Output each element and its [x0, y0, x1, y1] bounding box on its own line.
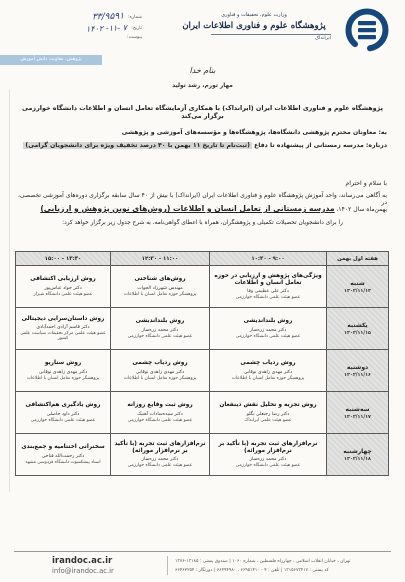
session-title: روش بلنداندیشی	[113, 318, 207, 325]
session-title: سخنرانی اختتامیه و جمع‌بندی	[18, 444, 108, 451]
session-title: نرم‌افزارهای ثبت تجربه (با تأکید بر نرم‌…	[113, 441, 207, 455]
schedule-row-saturday: شنبه ۱۴۰۲/۱۱/۱۴ ویژگی‌های پژوهش و ارزیاب…	[16, 266, 389, 308]
letterhead-org-block: وزارت علوم، تحقیقات و فناوری پژوهشگاه عل…	[169, 12, 339, 41]
session-role: عضو هیئت علمی دانشگاه خوارزمی	[212, 334, 324, 339]
session-role: عضو هیئت علمی دانشگاه خوارزمی	[113, 418, 207, 423]
session-title: روش ردیاب چشمی	[113, 360, 207, 367]
day-date: ۱۴۰۲/۱۱/۱۵	[329, 331, 386, 336]
irandoc-logo-icon	[345, 8, 389, 52]
session-role: پژوهشگر حوزه تعامل انسان با اطلاعات	[18, 376, 108, 381]
letter-stamp-block: شماره: ۳۳/۹۵۹۱ تاریخ: ۷ -۱۱- ۱۴۰۲ پیوست:	[22, 12, 142, 42]
to-line: به: معاونان محترم پژوهشی دانشگاه‌ها، پژو…	[18, 129, 387, 136]
session-role: استاد پیشکسوت دانشگاه فردوسی مشهد	[18, 460, 108, 465]
session-cell: روش بلنداندیشی دکتر محمد زره‌ساز عضو هیئ…	[111, 308, 210, 350]
session-title: نرم‌افزارهای ثبت تجربه (با تأکید بر نرم‌…	[212, 441, 324, 455]
body-line-2: بهمن‌ماه سال ۱۴۰۲، مدرسه زمستانی از تعام…	[18, 204, 387, 213]
day-date: ۱۴۰۲/۱۱/۱۴	[329, 289, 386, 294]
day-name: یکشنبه	[329, 322, 386, 329]
day-cell: سه‌شنبه ۱۴۰۲/۱۱/۱۷	[327, 392, 389, 434]
session-role: عضو هیئت علمی دانشگاه خوارزمی	[212, 463, 324, 468]
session-title: روش داستان‌سرایی دیجیتالی	[18, 316, 108, 323]
session-instructor: دکتر محمد زره‌ساز	[212, 457, 324, 462]
session-role: عضو هیئت علمی دانشگاه خوارزمی	[18, 418, 108, 423]
session-instructor: دکتر محمد زره‌ساز	[113, 328, 207, 333]
bismillah-line: بنام خدا	[0, 66, 405, 75]
session-cell: روش ثبت وقایع روزانه دکتر سیده‌سادات آهن…	[111, 392, 210, 434]
session-title: روش‌های شناختی	[113, 276, 207, 283]
timeslot-2-header: ۱۱:۰۰ - ۱۲:۳۰	[111, 252, 210, 266]
session-role: عضو هیئت علمی دانشگاه خوارزمی	[113, 463, 207, 468]
session-instructor: دکتر داود حاصلی	[18, 412, 108, 417]
session-role: عضو هیئت علمی مرکز تحقیقات سیاست علمی کش…	[18, 331, 108, 341]
day-name: شنبه	[329, 280, 386, 287]
footer-address-block: تهران ، خیابان انقلاب اسلامی ، چهارراه ف…	[175, 558, 387, 575]
schedule-row-monday: دوشنبه ۱۴۰۲/۱۱/۱۶ روش ردیاب چشمی دکتر مه…	[16, 350, 389, 392]
body-line-2-prefix: بهمن‌ماه سال ۱۴۰۲،	[335, 206, 387, 213]
session-cell: روش یادگیری هم‌اکتشافی دکتر داود حاصلی ع…	[16, 392, 111, 434]
session-role: عضو هیئت علمی دانشگاه شیراز	[18, 292, 108, 297]
about-prefix: درباره: مدرسه زمستانی از پیشنهاده تا دفا…	[252, 142, 387, 149]
session-role: عضو هیئت علمی دانشگاه خوارزمی	[113, 334, 207, 339]
day-name: دوشنبه	[329, 364, 386, 371]
brand-name: ایرانداک	[211, 34, 331, 41]
timeslot-3-header: ۱۳:۳۰ - ۱۵:۰۰	[16, 252, 111, 266]
year-slogan: مهار تورم، رشد تولید	[0, 83, 405, 89]
session-title: روش یادگیری هم‌اکتشافی	[18, 402, 108, 409]
session-role: پژوهشگر حوزه تعامل انسان با اطلاعات	[113, 376, 207, 381]
day-cell: یکشنبه ۱۴۰۲/۱۱/۱۵	[327, 308, 389, 350]
session-instructor: مهندس شهرزاد الجوات	[113, 286, 207, 291]
session-instructor: دکتر محمد زره‌ساز	[212, 328, 324, 333]
about-highlight: (ثبت‌نام تا تاریخ ۱۱ بهمن با ۴۰ درصد تخف…	[23, 142, 252, 149]
number-value: ۳۳/۹۵۹۱	[92, 11, 124, 22]
session-role: پژوهشگر حوزه تعامل انسان با اطلاعات	[113, 292, 207, 297]
schedule-row-sunday: یکشنبه ۱۴۰۲/۱۱/۱۵ روش بلنداندیشی دکتر مح…	[16, 308, 389, 350]
session-cell: روش ارزیابی اکتشافی دکتر جواد عباس‌پور ع…	[16, 266, 111, 308]
footer-address-line: تهران ، خیابان انقلاب اسلامی ، چهارراه ف…	[175, 558, 387, 567]
session-title: روش ارزیابی اکتشافی	[18, 276, 108, 283]
letter-date-row: تاریخ: ۷ -۱۱- ۱۴۰۲	[22, 24, 142, 33]
day-date: ۱۴۰۲/۱۱/۱۶	[329, 373, 386, 378]
session-cell: روش تجزیه و تحلیل نقش ذینفعان دکتر رضا ر…	[210, 392, 327, 434]
body-line-3: را برای دانشجویان تحصیلات تکمیلی و پژوهش…	[30, 220, 375, 226]
event-headline: پژوهشگاه علوم و فناوری اطلاعات ایران (ای…	[14, 104, 391, 120]
date-value: ۷ -۱۱- ۱۴۰۲	[86, 23, 127, 33]
session-cell: نرم‌افزارهای ثبت تجربه (با تأکید بر نرم‌…	[210, 434, 327, 476]
session-cell: روش ردیاب چشمی دکتر مهدی زاهدی نوقابی پژ…	[210, 350, 327, 392]
letter-number-row: شماره: ۳۳/۹۵۹۱	[22, 12, 142, 22]
institute-title: پژوهشگاه علوم و فناوری اطلاعات ایران	[169, 21, 339, 31]
email-link[interactable]: info@irandoc.ac.ir	[52, 567, 157, 575]
session-cell: روش داستان‌سرایی دیجیتالی دکتر قاسم آزاد…	[16, 308, 111, 350]
about-line: درباره: مدرسه زمستانی از پیشنهاده تا دفا…	[18, 142, 387, 149]
schedule-row-wednesday: چهارشنبه ۱۴۰۲/۱۱/۱۸ نرم‌افزارهای ثبت تجر…	[16, 434, 389, 476]
schedule-row-tuesday: سه‌شنبه ۱۴۰۲/۱۱/۱۷ روش تجزیه و تحلیل نقش…	[16, 392, 389, 434]
schedule-header-row: هفته اول بهمن ۹:۰۰ - ۱۰:۳۰ ۱۱:۰۰ - ۱۲:۳۰…	[16, 252, 389, 266]
day-cell: چهارشنبه ۱۴۰۲/۱۱/۱۸	[327, 434, 389, 476]
attachment-label: پیوست:	[127, 35, 142, 40]
session-instructor: دکتر سیده‌سادات آهنیک	[113, 412, 207, 417]
week-header-cell: هفته اول بهمن	[327, 252, 389, 266]
salutation-line: با سلام و احترام	[345, 180, 387, 187]
session-instructor: دکتر جواد عباس‌پور	[18, 286, 108, 291]
session-instructor: دکتر قاسم آزادی احمدآبادی	[18, 325, 108, 330]
website-link[interactable]: irandoc.ac.ir	[52, 556, 157, 566]
timeslot-1-header: ۹:۰۰ - ۱۰:۳۰	[210, 252, 327, 266]
session-title: ویژگی‌های پژوهش و ارزیابی در حوزه تعامل …	[212, 273, 324, 287]
session-title: روش تجزیه و تحلیل نقش ذینفعان	[212, 402, 324, 409]
footer-web-block: irandoc.ac.ir info@irandoc.ac.ir	[52, 556, 168, 575]
session-title: روش ردیاب چشمی	[212, 360, 324, 367]
day-date: ۱۴۰۲/۱۱/۱۷	[329, 415, 386, 420]
session-instructor: دکتر علی عظیمی وفا	[212, 289, 324, 294]
session-instructor: دکتر مهدی زاهدی نوقابی	[113, 370, 207, 375]
session-instructor: دکتر محمد زره‌ساز	[113, 457, 207, 462]
scanned-letter-page: وزارت علوم، تحقیقات و فناوری پژوهشگاه عل…	[0, 0, 405, 582]
schedule-table: هفته اول بهمن ۹:۰۰ - ۱۰:۳۰ ۱۱:۰۰ - ۱۲:۳۰…	[15, 251, 389, 476]
session-cell: ویژگی‌های پژوهش و ارزیابی در حوزه تعامل …	[210, 266, 327, 308]
ministry-title: وزارت علوم، تحقیقات و فناوری	[169, 12, 339, 18]
day-cell: دوشنبه ۱۴۰۲/۱۱/۱۶	[327, 350, 389, 392]
session-title: روش ثبت وقایع روزانه	[113, 402, 207, 409]
session-title: روش بلنداندیشی	[212, 318, 324, 325]
footer-contact-line: کد پستی : ۱۳۱۵۶۷۳۴۱۷ | تلفن : ۴ - ۶۶۹۵۱۴…	[175, 567, 387, 576]
department-banner: پژوهش، معاونت دانش آموزش	[0, 55, 102, 65]
session-title: روش سناریو	[18, 360, 108, 367]
session-role: عضو هیئت علمی ایرانداک	[212, 418, 324, 423]
session-role: عضو هیئت علمی دانشگاه خوارزمی	[212, 295, 324, 300]
session-instructor: دکتر مهدی زاهدی نوقابی	[18, 370, 108, 375]
session-instructor: دکتر مهدی زاهدی نوقابی	[212, 370, 324, 375]
session-cell: سخنرانی اختتامیه و جمع‌بندی دکتر رحمت‌ال…	[16, 434, 111, 476]
school-title-emphasis: مدرسه زمستانی از تعامل انسان و اطلاعات (…	[40, 204, 334, 213]
day-name: سه‌شنبه	[329, 406, 386, 413]
date-label: تاریخ:	[131, 26, 142, 31]
day-cell: شنبه ۱۴۰۲/۱۱/۱۴	[327, 266, 389, 308]
session-instructor: دکتر رضا رجبعلی بگلو	[212, 412, 324, 417]
day-name: چهارشنبه	[329, 448, 386, 455]
session-instructor: دکتر رحمت‌الله فتاحی	[18, 454, 108, 459]
session-cell: روش بلنداندیشی دکتر محمد زره‌ساز عضو هیئ…	[210, 308, 327, 350]
day-date: ۱۴۰۲/۱۱/۱۸	[329, 457, 386, 462]
session-cell: روش ردیاب چشمی دکتر مهدی زاهدی نوقابی پژ…	[111, 350, 210, 392]
session-cell: نرم‌افزارهای ثبت تجربه (با تأکید بر نرم‌…	[111, 434, 210, 476]
number-label: شماره:	[128, 15, 142, 20]
footer-divider	[14, 551, 391, 552]
letter-attachment-row: پیوست:	[22, 35, 142, 40]
session-role: پژوهشگر حوزه تعامل انسان با اطلاعات	[212, 376, 324, 381]
session-cell: روش سناریو دکتر مهدی زاهدی نوقابی پژوهشگ…	[16, 350, 111, 392]
session-cell: روش‌های شناختی مهندس شهرزاد الجوات پژوهش…	[111, 266, 210, 308]
